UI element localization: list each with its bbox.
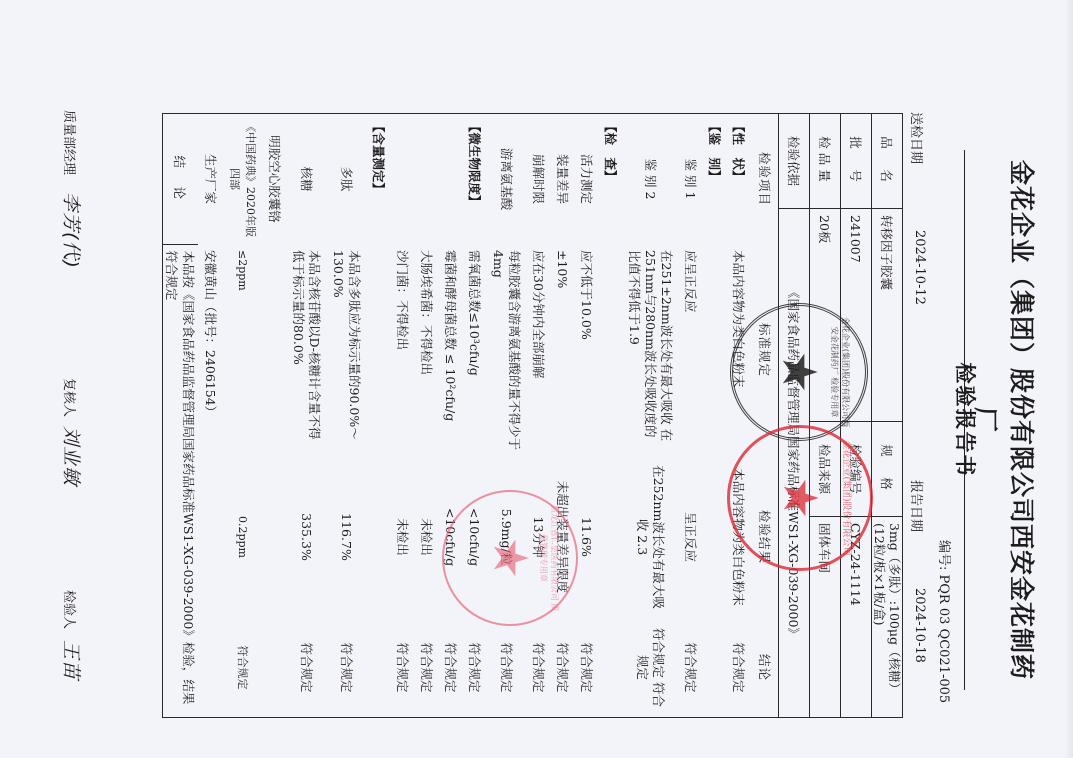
column-header-item: 检验项目 (750, 114, 780, 245)
row-conclusion (598, 618, 622, 718)
table-row: 活力测定应不低于10.0%11.6%符合规定 (574, 114, 598, 718)
row-standard: 应在30分钟内全部崩解 (526, 244, 550, 456)
row-conclusion (366, 618, 390, 718)
table-row: 【检 查】 (598, 114, 622, 718)
row-conclusion: 符合规定 (222, 618, 262, 718)
row-item: 【性 状】 (726, 114, 750, 245)
row-item: 《中国药典》2020年版四部 (222, 114, 262, 245)
table-row: 鉴 别 1应呈正反应呈正反应符合规定 (678, 114, 702, 718)
row-item: 【含量测定】 (366, 114, 390, 245)
table-row: 大肠埃希菌：不得检出未检出符合规定 (414, 114, 438, 718)
row-standard: ≤2ppm (222, 244, 262, 456)
row-item: 鉴 别 2 (622, 114, 678, 245)
batch-label: 批 号 (841, 114, 872, 209)
row-standard: 本品含多肽应为标示量的90.0%～130.0% (326, 244, 366, 456)
row-result: 未检出 (390, 456, 414, 618)
inspection-no: CYZ-24-1114 (841, 517, 872, 718)
row-conclusion: 符合规定 (462, 618, 486, 718)
row-conclusion: 符合规定 (574, 618, 598, 718)
table-row: 沙门菌：不得检出未检出符合规定 (390, 114, 414, 718)
table-row: 【微生物限度】需氧菌总数≤10³cfu/g<10cfu/g符合规定 (462, 114, 486, 718)
report-number: 编号: PQR 03 QC021-005 (936, 540, 955, 703)
row-conclusion: 符合规定 (438, 618, 462, 718)
row-result: 116.7% (326, 456, 366, 618)
scan-edge (1065, 0, 1073, 758)
row-result: 未检出 (414, 456, 438, 618)
row-standard: 应不低于10.0% (574, 244, 598, 456)
row-result: 呈正反应 (678, 456, 702, 618)
basis-value: 《国家食品药品监督管理局国家药品标准WS1-XG-039-2000》 (779, 209, 810, 718)
row-conclusion (262, 618, 286, 718)
row-conclusion: 符合规定 (726, 618, 750, 718)
row-standard: 大肠埃希菌：不得检出 (414, 244, 438, 456)
table-row: 游离氨基酸每粒胶囊含游离氨基酸的量不得少于4mg5.9mg/粒符合规定 (486, 114, 526, 718)
row-conclusion: 符合规定 符合规定 (622, 618, 678, 718)
row-result: 335.3% (286, 456, 326, 618)
report-date: 2024-10-18 (912, 588, 927, 663)
table-row: 生产厂家安徽黄山（批号：2406154） (198, 114, 222, 718)
table-row: 崩解时限应在30分钟内全部崩解13分钟符合规定 (526, 114, 550, 718)
row-item (438, 114, 462, 245)
row-item: 活力测定 (574, 114, 598, 245)
row-conclusion: 符合规定 (414, 618, 438, 718)
row-standard: 本品内容物为类白色粉末 (726, 244, 750, 456)
product-name: 转移因子胶囊 (872, 209, 903, 422)
row-standard (262, 244, 286, 456)
row-item: 多肽 (326, 114, 366, 245)
row-item: 【检 查】 (598, 114, 622, 245)
table-row: 核糖本品含核苷酸以D-核糖计含量不得低于标示量的80.0%335.3%符合规定 (286, 114, 326, 718)
row-result (598, 456, 622, 618)
row-result: 本品内容物为类白色粉末 (726, 456, 750, 618)
table-row: 鉴 别 2在251±2nm波长处有最大吸收 在251nm与280nm波长处吸收度… (622, 114, 678, 718)
inspection-no-label: 检验编号 (841, 422, 872, 517)
sample-info-table: 品 名 转移因子胶囊 规 格 3mg（多肽）:100μg（核糖）(12粒/板×1… (778, 113, 903, 718)
inspector-label: 检验人 (61, 590, 80, 629)
reviewer-signature: 刘业敏 (59, 426, 86, 486)
row-item (390, 114, 414, 245)
spec-value: 3mg（多肽）:100μg（核糖）(12粒/板×1板/盒) (872, 517, 903, 718)
row-standard (366, 244, 390, 456)
row-item: 装量差异 (550, 114, 574, 245)
row-result: 11.6% (574, 456, 598, 618)
column-header-conclusion: 结论 (750, 618, 780, 718)
reviewer-label: 复核人 (61, 378, 80, 417)
column-header-result: 检验结果 (750, 456, 780, 618)
table-row: 【性 状】本品内容物为类白色粉末本品内容物为类白色粉末符合规定 (726, 114, 750, 718)
source-label: 检品来源 (810, 422, 841, 517)
quantity-label: 检品量 (810, 114, 841, 209)
table-row: 明胶空心胶囊铬 (262, 114, 286, 718)
row-standard: 安徽黄山（批号：2406154） (198, 244, 222, 456)
row-conclusion: 符合规定 (326, 618, 366, 718)
row-item (414, 114, 438, 245)
row-conclusion (702, 618, 726, 718)
row-conclusion: 符合规定 (678, 618, 702, 718)
table-row: 装量差异±10%未超出装量差异限度符合规定 (550, 114, 574, 718)
row-standard (598, 244, 622, 456)
row-conclusion (198, 618, 222, 718)
manager-label: 质量部经理 (61, 110, 80, 175)
row-result: <10cfu/g (438, 456, 462, 618)
row-item: 生产厂家 (198, 114, 222, 245)
row-conclusion: 符合规定 (526, 618, 550, 718)
table-row: 【含量测定】 (366, 114, 390, 718)
quantity-value: 20板 (810, 209, 841, 422)
row-item: 鉴 别 1 (678, 114, 702, 245)
row-conclusion: 符合规定 (550, 618, 574, 718)
row-result: 5.9mg/粒 (486, 456, 526, 618)
table-row: 《中国药典》2020年版四部≤2ppm0.2ppm符合规定 (222, 114, 262, 718)
report-date-label: 报告日期 (908, 480, 927, 532)
scanned-report-page: 金花企业（集团）股份有限公司西安金花制药厂 检验报告书 编号: PQR 03 Q… (0, 0, 1073, 758)
batch-value: 241007 (841, 209, 872, 422)
row-item: 游离氨基酸 (486, 114, 526, 245)
test-results-table: 检验项目 标准规定 检验结果 结论 【性 状】本品内容物为类白色粉末本品内容物为… (162, 113, 780, 718)
row-standard: 本品含核苷酸以D-核糖计含量不得低于标示量的80.0% (286, 244, 326, 456)
column-header-standard: 标准规定 (750, 244, 780, 456)
row-standard: 每粒胶囊含游离氨基酸的量不得少于4mg (486, 244, 526, 456)
conclusion-text: 本品按《国家食品药品监督管理局国家药品标准WS1-XG-039-2000》检验，… (163, 244, 199, 718)
submit-date: 2024-10-12 (912, 230, 927, 305)
row-result (702, 456, 726, 618)
row-result: 在252nm波长处有最大吸收 2.3 (622, 456, 678, 618)
spec-label: 规 格 (872, 422, 903, 517)
row-item: 【微生物限度】 (462, 114, 486, 245)
basis-label: 检验依据 (779, 114, 810, 209)
row-standard (702, 244, 726, 456)
row-item: 【鉴 别】 (702, 114, 726, 245)
report-number-value: PQR 03 QC021-005 (936, 575, 951, 704)
dates-row: 送检日期 2024-10-12 报告日期 2024-10-18 (905, 108, 927, 718)
table-row: 【鉴 别】 (702, 114, 726, 718)
row-standard: 在251±2nm波长处有最大吸收 在251nm与280nm波长处吸收度的比值不得… (622, 244, 678, 456)
row-standard: 应呈正反应 (678, 244, 702, 456)
manager-signature: 李芳(代) (59, 192, 86, 269)
row-item: 崩解时限 (526, 114, 550, 245)
row-result: <10cfu/g (462, 456, 486, 618)
product-name-label: 品 名 (872, 114, 903, 209)
source-value: 固体车间 (810, 517, 841, 718)
row-standard: ±10% (550, 244, 574, 456)
row-result: 0.2ppm (222, 456, 262, 618)
row-conclusion: 符合规定 (390, 618, 414, 718)
table-row: 霉菌和酵母菌总数 ≤ 10²cfu/g<10cfu/g符合规定 (438, 114, 462, 718)
report-number-label: 编号: (936, 540, 951, 570)
row-result (198, 456, 222, 618)
row-item: 核糖 (286, 114, 326, 245)
table-row: 多肽本品含多肽应为标示量的90.0%～130.0%116.7%符合规定 (326, 114, 366, 718)
row-result (262, 456, 286, 618)
row-conclusion: 符合规定 (286, 618, 326, 718)
row-standard: 霉菌和酵母菌总数 ≤ 10²cfu/g (438, 244, 462, 456)
submit-date-label: 送检日期 (908, 112, 927, 164)
row-standard: 沙门菌：不得检出 (390, 244, 414, 456)
report-title: 检验报告书 (951, 180, 981, 660)
row-item: 明胶空心胶囊铬 (262, 114, 286, 245)
row-result: 13分钟 (526, 456, 550, 618)
row-standard: 需氧菌总数≤10³cfu/g (462, 244, 486, 456)
inspector-signature: 王苗 (59, 640, 86, 680)
row-conclusion: 符合规定 (486, 618, 526, 718)
row-result: 未超出装量差异限度 (550, 456, 574, 618)
conclusion-label: 结 论 (163, 114, 199, 245)
signoff-row: 质量部经理 李芳(代) 复核人 刘业敏 检验人 王苗 (48, 100, 88, 720)
row-result (366, 456, 390, 618)
